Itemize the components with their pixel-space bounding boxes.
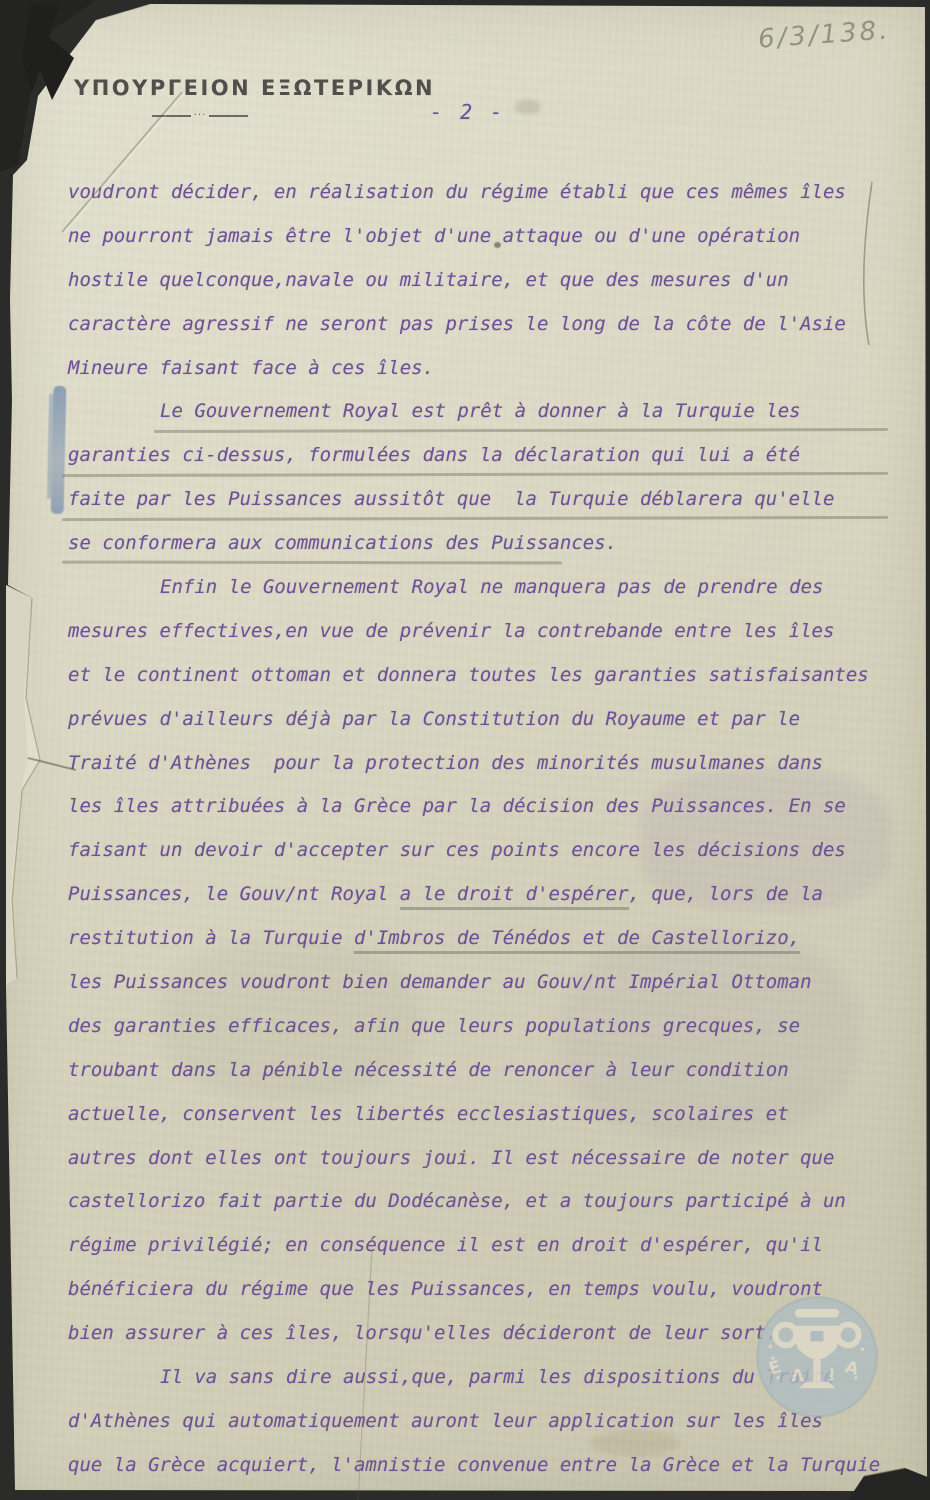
archive-ref-annotation: 6/3/138. [757,15,891,54]
text-line: se conformera aux communications des Pui… [68,522,884,566]
blue-margin-mark [51,386,67,514]
typed-text: se conformera aux communications des Pui… [68,532,617,554]
rule-dash [152,115,191,117]
typed-text: bien assurer à ces îles, lorsqu'elles dé… [68,1322,777,1344]
text-line: les Puissances voudront bien demander au… [68,961,884,1005]
text-line: que la Grèce acquiert, l'amnistie conven… [68,1444,884,1488]
page-number: - 2 - [430,100,505,124]
typed-text: des garanties efficaces, afin que leurs … [68,1015,800,1037]
typed-text: Traité d'Athènes pour la protection des … [68,752,823,774]
typed-text: Enfin le Gouvernement Royal ne manquera … [160,576,823,598]
typed-text: , que, lors de la [629,883,823,905]
typed-text: caractère agressif ne seront pas prises … [68,313,846,335]
typed-text: restitution à la Turquie [68,927,354,949]
letterhead: ΥΠΟΥΡΓΕΙΟΝ ΕΞΩΤΕΡΙΚΩΝ [74,76,435,100]
text-line: Enfin le Gouvernement Royal ne manquera … [68,566,884,610]
text-line: troubant dans la pénible nécessité de re… [68,1049,884,1093]
typed-text: castellorizo fait partie du Dodécanèse, … [68,1190,846,1212]
stamp-letter: Λ [791,1366,804,1386]
typed-text: prévues d'ailleurs déjà par la Constitut… [68,708,800,730]
text-line: régime privilégié; en conséquence il est… [68,1224,884,1268]
text-line: des garanties efficaces, afin que leurs … [68,1005,884,1049]
text-line: Puissances, le Gouv/nt Royal a le droit … [68,873,884,917]
text-line: actuelle, conservent les libertés eccles… [68,1093,884,1137]
typed-text: hostile quelconque,navale ou militaire, … [68,269,789,291]
typed-text: et le continent ottoman et donnera toute… [68,664,869,686]
text-line: faisant un devoir d'accepter sur ces poi… [68,829,884,873]
typed-text: les îles attribuées à la Grèce par la dé… [68,795,846,817]
document-body: voudront décider, en réalisation du régi… [68,171,884,1488]
typed-text: bénéficiera du régime que les Puissances… [68,1278,823,1300]
text-line: autres dont elles ont toujours joui. Il … [68,1137,884,1181]
document-scan: ΥΠΟΥΡΓΕΙΟΝ ΕΞΩΤΕΡΙΚΩΝ ··· - 2 - 6/3/138.… [0,0,930,1500]
typed-text: troubant dans la pénible nécessité de re… [68,1059,789,1081]
typed-text: Le Gouvernement Royal est prêt à donner … [160,400,801,422]
text-line: garanties ci-dessus, formulées dans la d… [68,434,884,478]
typed-text: d'Athènes qui automatiquement auront leu… [68,1410,823,1432]
pencil-underlined-text: a le droit d'espérer [400,883,629,910]
text-line: hostile quelconque,navale ou militaire, … [68,259,884,303]
typed-text: régime privilégié; en conséquence il est… [68,1234,823,1256]
text-line: ne pourront jamais être l'objet d'une at… [68,215,884,259]
typed-text: Il va sans dire aussi,que, parmi les dis… [160,1366,835,1388]
text-line: Le Gouvernement Royal est prêt à donner … [68,390,884,434]
paper-sheet: ΥΠΟΥΡΓΕΙΟΝ ΕΞΩΤΕΡΙΚΩΝ ··· - 2 - 6/3/138.… [0,0,930,1500]
letterhead-rule: ··· [152,112,248,120]
text-line: castellorizo fait partie du Dodécanèse, … [68,1180,884,1224]
rule-dots: ··· [194,114,207,118]
rule-dash [209,115,248,117]
stamp-kylix-icon: Ε Λ Ι Α [752,1292,882,1422]
pencil-underlined-text: d'Imbros de Ténédos et de Castellorizo, [354,927,800,954]
elia-stamp: Ε Λ Ι Α [752,1292,882,1422]
typed-text: faisant un devoir d'accepter sur ces poi… [68,839,846,861]
typed-text: faite par les Puissances aussitôt que la… [68,488,834,510]
typed-text: les Puissances voudront bien demander au… [68,971,812,993]
text-line: et le continent ottoman et donnera toute… [68,654,884,698]
text-line: prévues d'ailleurs déjà par la Constitut… [68,698,884,742]
paper-smudge [515,100,541,114]
typed-text: ne pourront jamais être l'objet d'une at… [68,225,800,247]
typed-text: voudront décider, en réalisation du régi… [68,181,846,203]
text-line: mesures effectives,en vue de prévenir la… [68,610,884,654]
typed-text: Mineure faisant face à ces îles. [68,357,434,379]
text-line: restitution à la Turquie d'Imbros de Tén… [68,917,884,961]
text-line: les îles attribuées à la Grèce par la dé… [68,785,884,829]
text-line: Mineure faisant face à ces îles. [68,347,884,391]
typed-text: mesures effectives,en vue de prévenir la… [68,620,834,642]
typed-text: actuelle, conservent les libertés eccles… [68,1103,789,1125]
text-line: caractère agressif ne seront pas prises … [68,303,884,347]
stamp-letter: Ι [829,1364,835,1384]
text-line: Traité d'Athènes pour la protection des … [68,742,884,786]
typed-text: que la Grèce acquiert, l'amnistie conven… [68,1454,880,1476]
typed-text: autres dont elles ont toujours joui. Il … [68,1147,834,1169]
text-line: faite par les Puissances aussitôt que la… [68,478,884,522]
typed-text: garanties ci-dessus, formulées dans la d… [68,444,800,466]
typed-text: Puissances, le Gouv/nt Royal [68,883,400,905]
text-line: voudront décider, en réalisation du régi… [68,171,884,215]
